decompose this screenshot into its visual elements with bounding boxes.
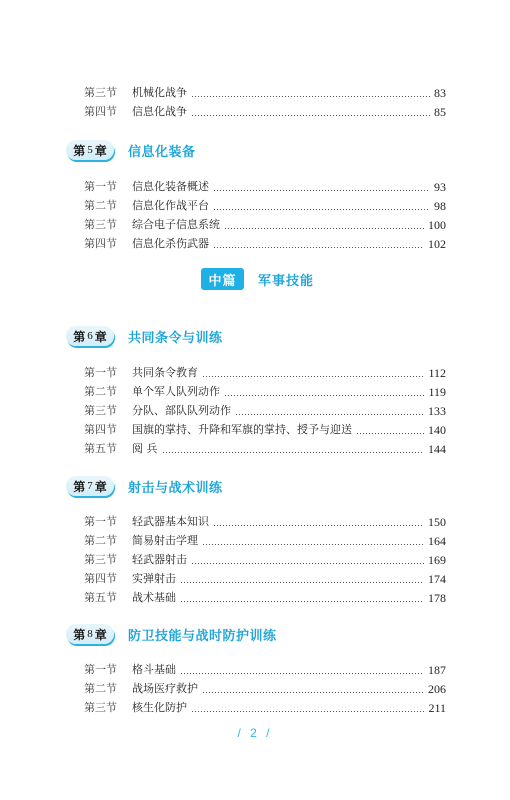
dot-leader [213, 247, 424, 248]
toc-entry[interactable]: 第一节 共同条令教育 112 [84, 364, 446, 382]
section-page: 150 [424, 513, 446, 531]
chapter-prefix: 第 [73, 328, 85, 345]
toc-entry[interactable]: 第一节 信息化装备概述 93 [84, 178, 446, 196]
chapter-suffix: 章 [95, 328, 107, 345]
chapter-number: 6 [87, 330, 93, 342]
section-title: 信息化作战平台 [132, 197, 213, 215]
section-number: 第二节 [84, 197, 124, 215]
section-title: 简易射击学理 [132, 532, 202, 550]
chapter-number: 5 [87, 144, 93, 156]
part-title: 军事技能 [258, 270, 314, 289]
chapter-suffix: 章 [95, 626, 107, 643]
chapter-badge: 第5章 [66, 140, 114, 160]
section-number: 第四节 [84, 421, 124, 439]
dot-leader [356, 433, 424, 434]
section-number: 第一节 [84, 364, 124, 382]
section-page: 119 [424, 383, 446, 401]
toc-entry[interactable]: 第二节 信息化作战平台 98 [84, 197, 446, 215]
section-page: 102 [424, 235, 446, 253]
section-title: 机械化战争 [132, 84, 191, 102]
section-title: 分队、部队队列动作 [132, 402, 235, 420]
toc-entry[interactable]: 第一节 格斗基础 187 [84, 661, 446, 679]
dot-leader [180, 601, 424, 602]
dot-leader [191, 115, 430, 116]
toc-entry[interactable]: 第四节 信息化杀伤武器 102 [84, 235, 446, 253]
section-page: 174 [424, 570, 446, 588]
section-number: 第一节 [84, 513, 124, 531]
section-number: 第五节 [84, 589, 124, 607]
chapter-badge: 第7章 [66, 476, 114, 496]
section-number: 第二节 [84, 680, 124, 698]
section-page: 169 [424, 551, 446, 569]
section-title: 战术基础 [132, 589, 180, 607]
section-title: 单个军人队列动作 [132, 383, 224, 401]
dot-leader [202, 376, 424, 377]
section-page: 187 [424, 661, 446, 679]
chapter-heading-7[interactable]: 第7章 射击与战术训练 [66, 474, 223, 498]
chapter-badge: 第6章 [66, 326, 114, 346]
chapter-title: 信息化装备 [128, 141, 196, 160]
chapter-number: 7 [87, 480, 93, 492]
section-title: 阅 兵 [132, 440, 162, 458]
chapter-prefix: 第 [73, 478, 85, 495]
section-number: 第四节 [84, 235, 124, 253]
section-number: 第二节 [84, 383, 124, 401]
dot-leader [224, 228, 424, 229]
dot-leader [235, 414, 424, 415]
section-title: 信息化杀伤武器 [132, 235, 213, 253]
section-number: 第一节 [84, 661, 124, 679]
chapter-prefix: 第 [73, 626, 85, 643]
toc-entry[interactable]: 第二节 单个军人队列动作 119 [84, 383, 446, 401]
dot-leader [191, 711, 424, 712]
chapter-number: 8 [87, 628, 93, 640]
section-page: 85 [430, 103, 446, 121]
section-title: 共同条令教育 [132, 364, 202, 382]
section-number: 第三节 [84, 216, 124, 234]
section-page: 144 [424, 440, 446, 458]
page-number: / 2 / [0, 726, 510, 740]
dot-leader [191, 563, 424, 564]
section-number: 第一节 [84, 178, 124, 196]
section-page: 206 [424, 680, 446, 698]
chapter-title: 射击与战术训练 [128, 477, 223, 496]
section-page: 83 [430, 84, 446, 102]
toc-entry[interactable]: 第二节 简易射击学理 164 [84, 532, 446, 550]
section-page: 133 [424, 402, 446, 420]
chapter-heading-8[interactable]: 第8章 防卫技能与战时防护训练 [66, 622, 277, 646]
section-page: 164 [424, 532, 446, 550]
dot-leader [213, 190, 430, 191]
dot-leader [180, 673, 424, 674]
part-badge: 中篇 [201, 268, 244, 290]
section-number: 第四节 [84, 570, 124, 588]
section-number: 第三节 [84, 402, 124, 420]
section-page: 211 [424, 699, 446, 717]
dot-leader [191, 96, 430, 97]
dot-leader [202, 692, 424, 693]
chapter-suffix: 章 [95, 142, 107, 159]
dot-leader [213, 209, 430, 210]
section-page: 140 [424, 421, 446, 439]
toc-entry[interactable]: 第三节 轻武器射击 169 [84, 551, 446, 569]
toc-entry[interactable]: 第三节 机械化战争 83 [84, 84, 446, 102]
toc-entry[interactable]: 第五节 阅 兵 144 [84, 440, 446, 458]
toc-page: 第三节 机械化战争 83 第四节 信息化战争 85 第5章 信息化装备 第一节 … [0, 0, 510, 800]
toc-entry[interactable]: 第二节 战场医疗救护 206 [84, 680, 446, 698]
toc-entry[interactable]: 第五节 战术基础 178 [84, 589, 446, 607]
toc-entry[interactable]: 第三节 核生化防护 211 [84, 699, 446, 717]
section-page: 178 [424, 589, 446, 607]
toc-entry[interactable]: 第三节 分队、部队队列动作 133 [84, 402, 446, 420]
section-title: 轻武器基本知识 [132, 513, 213, 531]
toc-entry[interactable]: 第四节 国旗的掌持、升降和军旗的掌持、授予与迎送 140 [84, 421, 446, 439]
dot-leader [213, 525, 424, 526]
section-title: 格斗基础 [132, 661, 180, 679]
chapter-heading-6[interactable]: 第6章 共同条令与训练 [66, 324, 223, 348]
section-number: 第四节 [84, 103, 124, 121]
section-page: 93 [430, 178, 446, 196]
dot-leader [162, 452, 425, 453]
chapter-suffix: 章 [95, 478, 107, 495]
chapter-prefix: 第 [73, 142, 85, 159]
section-page: 100 [424, 216, 446, 234]
toc-entry[interactable]: 第一节 轻武器基本知识 150 [84, 513, 446, 531]
toc-entry[interactable]: 第四节 实弹射击 174 [84, 570, 446, 588]
chapter-badge: 第8章 [66, 624, 114, 644]
section-title: 核生化防护 [132, 699, 191, 717]
section-number: 第三节 [84, 551, 124, 569]
section-number: 第五节 [84, 440, 124, 458]
section-title: 国旗的掌持、升降和军旗的掌持、授予与迎送 [132, 421, 356, 439]
part-heading[interactable]: 中篇 军事技能 [201, 268, 314, 290]
dot-leader [224, 395, 424, 396]
section-number: 第三节 [84, 84, 124, 102]
section-page: 112 [424, 364, 446, 382]
chapter-title: 共同条令与训练 [128, 327, 223, 346]
section-title: 实弹射击 [132, 570, 180, 588]
section-title: 综合电子信息系统 [132, 216, 224, 234]
chapter-heading-5[interactable]: 第5章 信息化装备 [66, 138, 196, 162]
chapter-title: 防卫技能与战时防护训练 [128, 625, 277, 644]
dot-leader [180, 582, 424, 583]
toc-entry[interactable]: 第四节 信息化战争 85 [84, 103, 446, 121]
toc-entry[interactable]: 第三节 综合电子信息系统 100 [84, 216, 446, 234]
section-title: 战场医疗救护 [132, 680, 202, 698]
section-title: 轻武器射击 [132, 551, 191, 569]
section-number: 第三节 [84, 699, 124, 717]
dot-leader [202, 544, 424, 545]
section-number: 第二节 [84, 532, 124, 550]
section-title: 信息化装备概述 [132, 178, 213, 196]
section-page: 98 [430, 197, 446, 215]
section-title: 信息化战争 [132, 103, 191, 121]
